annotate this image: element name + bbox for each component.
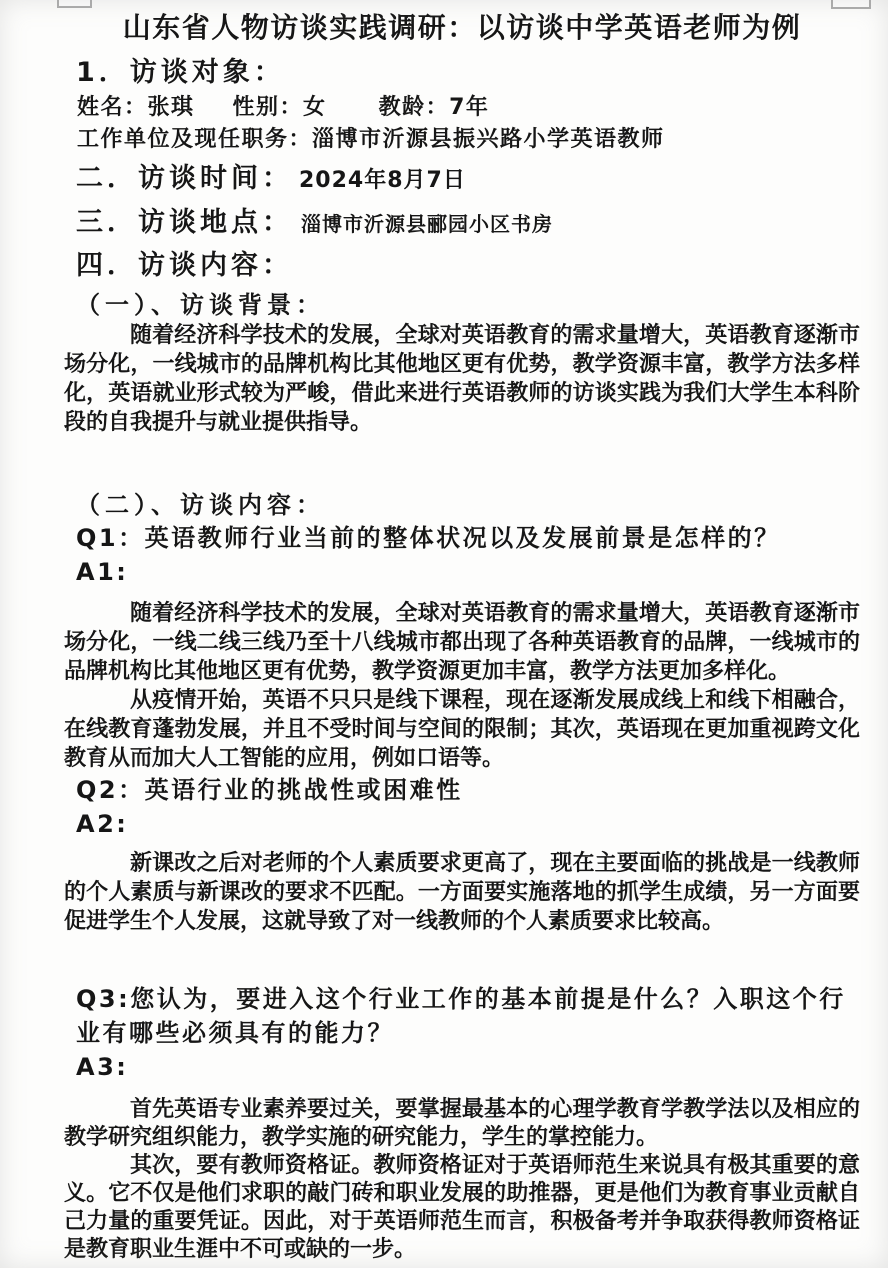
section-heading-interviewee-label: 1．访谈对象： xyxy=(76,56,285,90)
scan-edge-artifact-left xyxy=(57,0,92,8)
question-3: Q3:您认为，要进入这个行业工作的基本前提是什么？入职这个行业有哪些必须具有的能… xyxy=(76,982,860,1050)
doc-title: 山东省人物访谈实践调研：以访谈中学英语老师为例 xyxy=(64,10,860,46)
time-value: 2024年8月7日 xyxy=(299,164,466,198)
work-unit-line: 工作单位及现任职务：淄博市沂源县振兴路小学英语教师 xyxy=(77,126,860,154)
scan-edge-artifact-right xyxy=(831,0,871,9)
answer-label-3: A3: xyxy=(76,1050,860,1084)
teaching-age-value: 7年 xyxy=(449,94,489,122)
answer-3-paragraph-1: 首先英语专业素养要过关，要掌握最基本的心理学教育学教学法以及相应的教学研究组织能… xyxy=(64,1096,860,1152)
gender-value: 女 xyxy=(303,94,327,122)
answer-label-2: A2: xyxy=(76,807,860,841)
subsection-heading-background: （一）、访谈背景： xyxy=(76,289,860,321)
section-heading-interviewee: 1．访谈对象： xyxy=(76,56,860,90)
question-1: Q1：英语教师行业当前的整体状况以及发展前景是怎样的？ xyxy=(76,521,860,555)
subsection-heading-qa: （二）、访谈内容： xyxy=(76,489,860,521)
answer-1-paragraph-2: 从疫情开始，英语不只只是线下课程，现在逐渐发展成线上和线下相融合，在线教育蓬勃发… xyxy=(64,686,860,773)
location-value: 淄博市沂源县郦园小区书房 xyxy=(301,207,553,241)
answer-label-1: A1: xyxy=(76,555,860,589)
section-heading-location: 三．访谈地点： 淄博市沂源县郦园小区书房 xyxy=(76,206,860,241)
interviewee-info-line: 姓名：张琪 性别：女 教龄：7年 xyxy=(77,94,860,122)
answer-2-paragraph-1: 新课改之后对老师的个人素质要求更高了，现在主要面临的挑战是一线教师的个人素质与新… xyxy=(64,849,860,936)
location-heading-label: 三．访谈地点： xyxy=(76,206,293,240)
section-heading-time: 二．访谈时间： 2024年8月7日 xyxy=(76,162,860,198)
question-2: Q2：英语行业的挑战性或困难性 xyxy=(76,773,860,807)
teaching-age-label: 教龄： xyxy=(379,94,450,122)
background-paragraph: 随着经济科学技术的发展，全球对英语教育的需求量增大，英语教育逐渐市场分化，一线城… xyxy=(64,321,860,437)
time-heading-label: 二．访谈时间： xyxy=(76,162,293,196)
answer-1-paragraph-1: 随着经济科学技术的发展，全球对英语教育的需求量增大，英语教育逐渐市场分化，一线二… xyxy=(64,599,860,686)
name-label: 姓名： xyxy=(77,94,148,122)
answer-3-paragraph-2: 其次，要有教师资格证。教师资格证对于英语师范生来说具有极其重要的意义。它不仅是他… xyxy=(64,1152,860,1264)
gender-label: 性别： xyxy=(233,94,304,122)
document-page: 山东省人物访谈实践调研：以访谈中学英语老师为例 1．访谈对象： 姓名：张琪 性别… xyxy=(0,0,888,1268)
name-value: 张琪 xyxy=(148,94,195,122)
content-heading-label: 四．访谈内容： xyxy=(76,249,293,283)
section-heading-content: 四．访谈内容： xyxy=(76,249,860,283)
